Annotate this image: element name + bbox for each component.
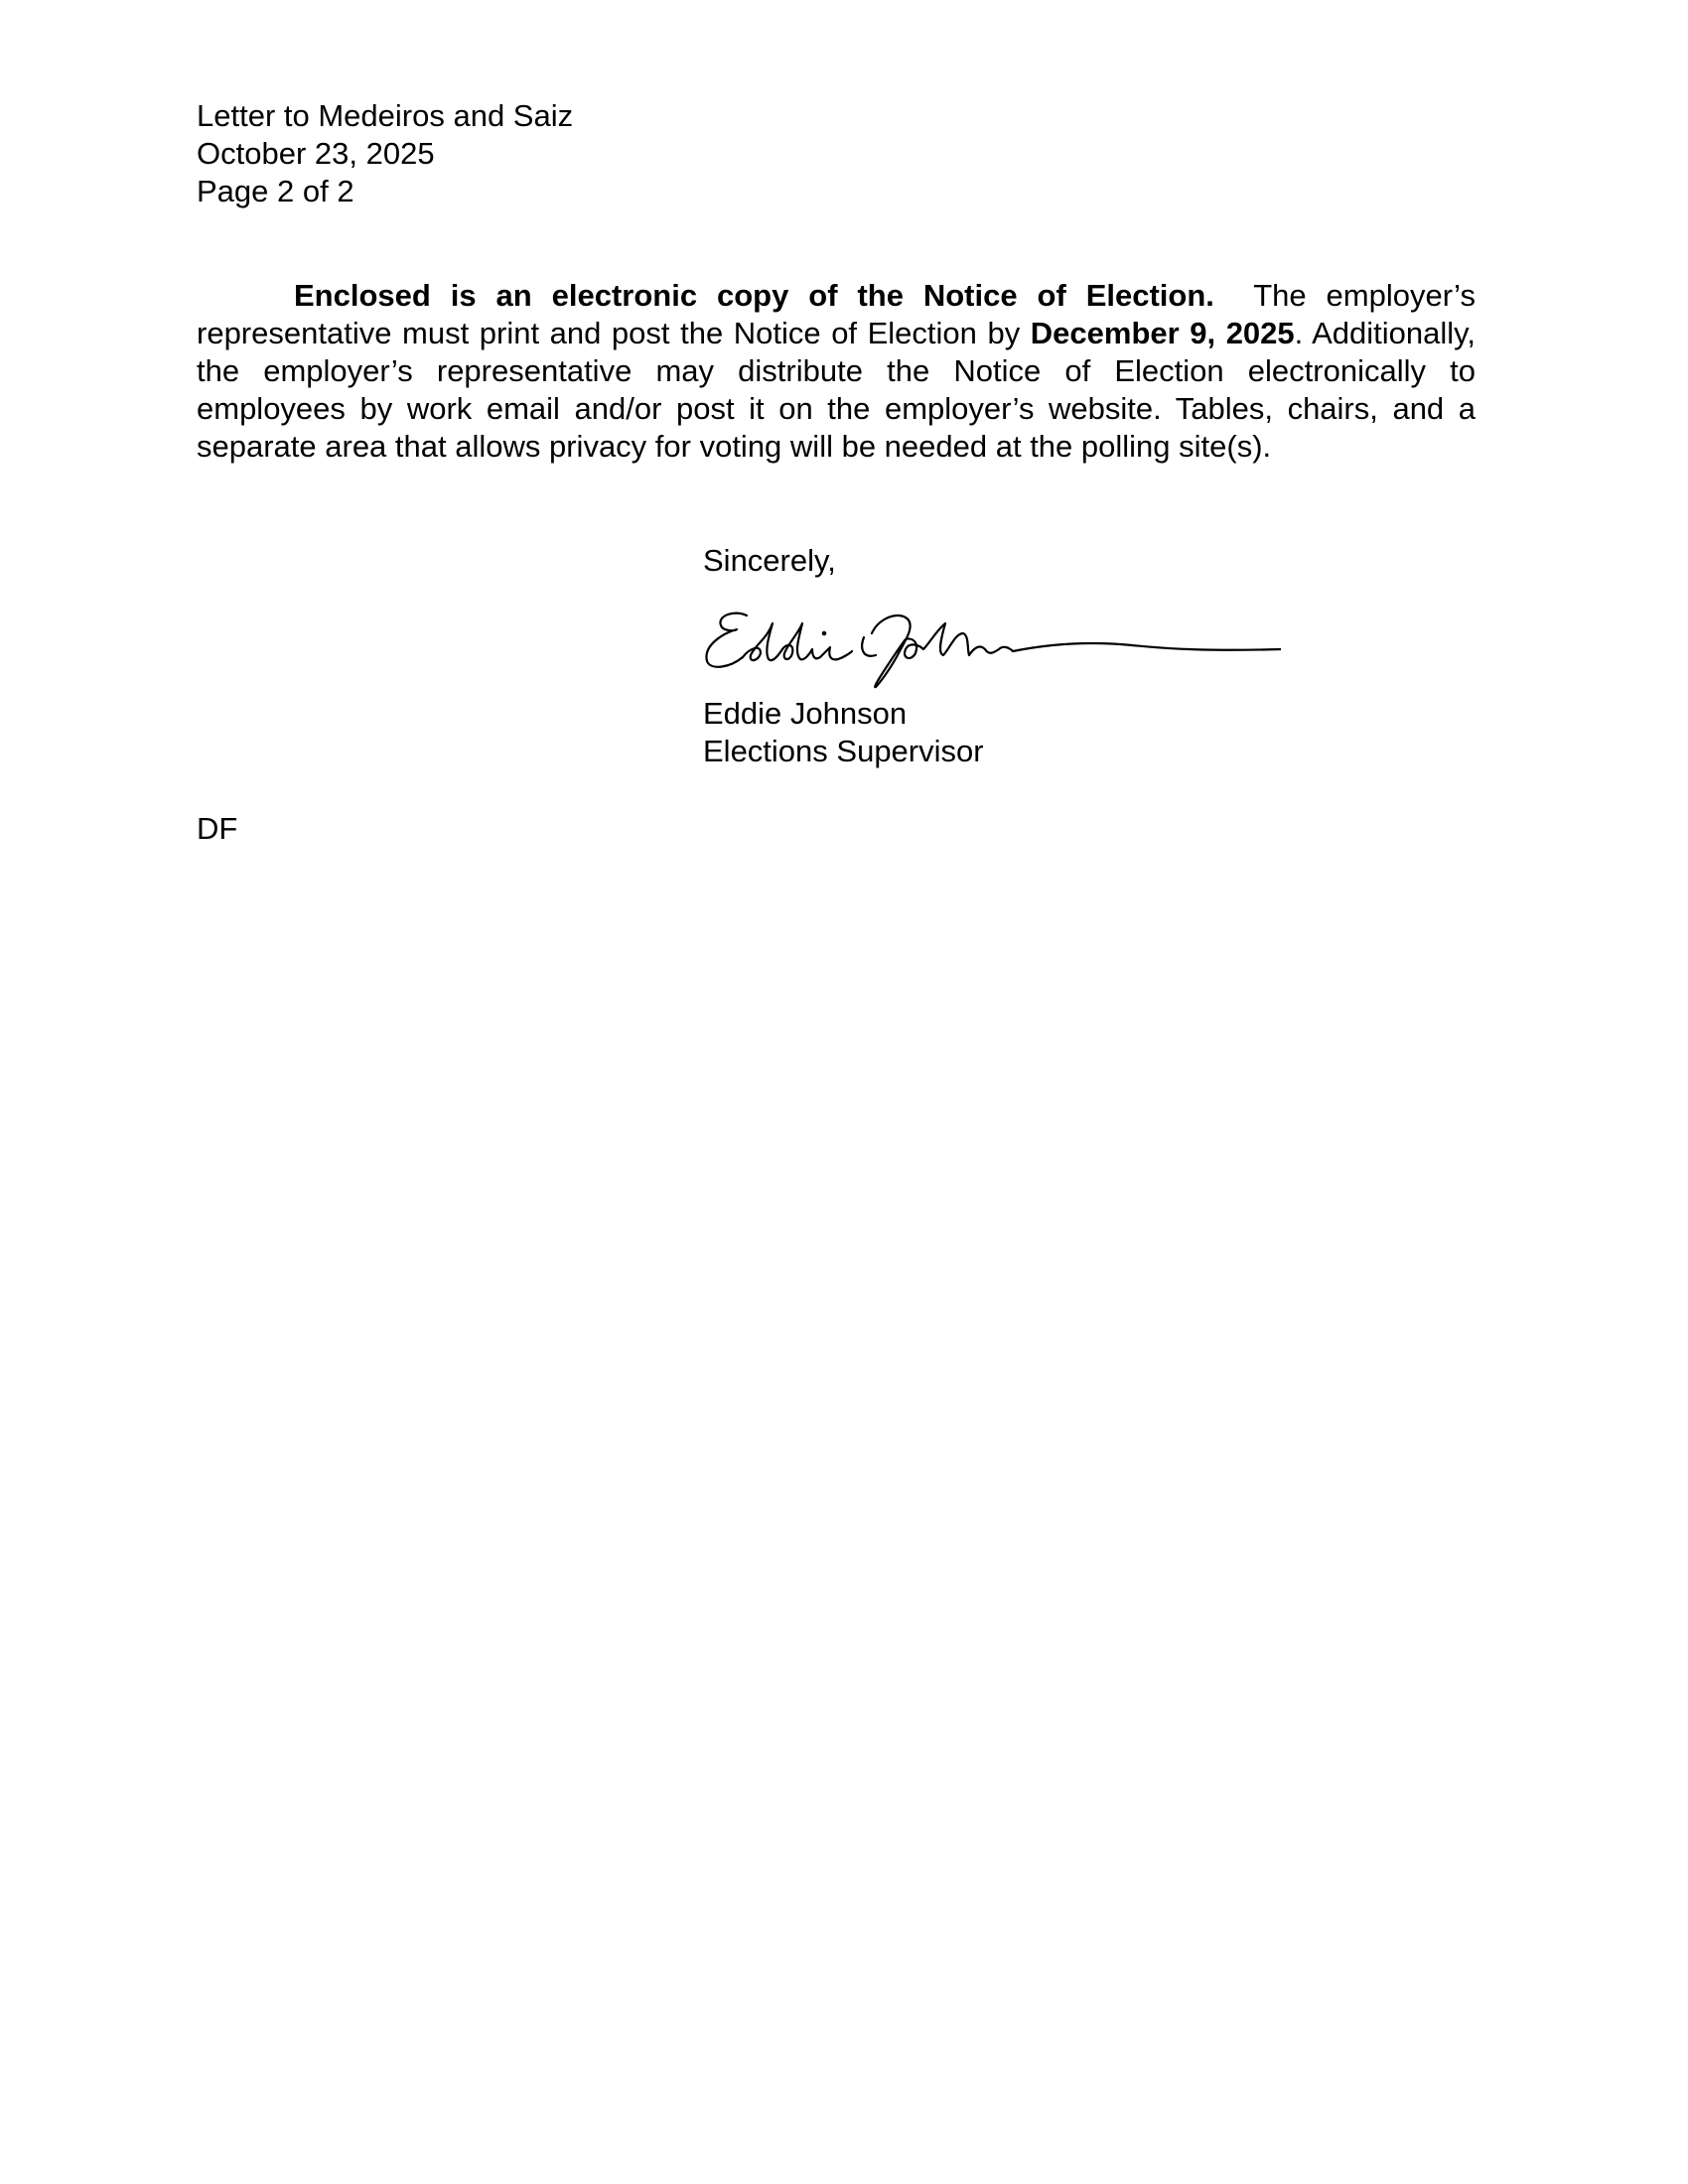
letter-date: October 23, 2025 [197, 135, 573, 173]
bold-lead-sentence: Enclosed is an electronic copy of the No… [294, 278, 1214, 313]
body-paragraph: Enclosed is an electronic copy of the No… [197, 277, 1476, 466]
recipient-line: Letter to Medeiros and Saiz [197, 97, 573, 135]
signer-title: Elections Supervisor [703, 733, 984, 770]
signer-name: Eddie Johnson [703, 695, 984, 733]
letter-header: Letter to Medeiros and Saiz October 23, … [197, 97, 573, 210]
page-indicator: Page 2 of 2 [197, 173, 573, 210]
typist-initials: DF [197, 810, 237, 848]
document-page: Letter to Medeiros and Saiz October 23, … [0, 0, 1688, 2184]
signature-block: Eddie Johnson Elections Supervisor [703, 695, 984, 770]
posting-deadline: December 9, 2025 [1031, 316, 1295, 350]
signature-icon [695, 594, 1281, 693]
closing-salutation: Sincerely, [703, 542, 836, 580]
